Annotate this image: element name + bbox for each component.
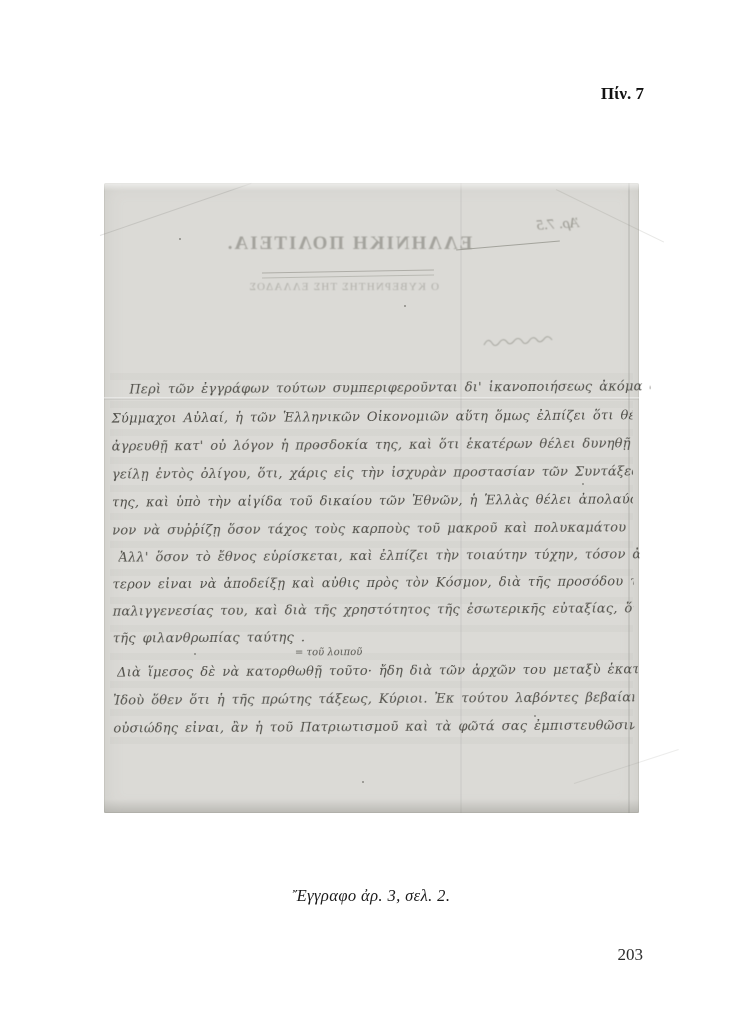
page-number: 203 xyxy=(618,945,644,965)
interlinear-insertion: = τοῦ λοιποῦ xyxy=(295,647,362,658)
figure-caption: Ἔγγραφο ἀρ. 3, σελ. 2. xyxy=(0,886,743,906)
book-page: Πίν. 7 ΕΛΛΗΝΙΚΗ ΠΟΛΙΤΕΙΑ. Ἀρ. 7.5 Ο ΚΥΒΕ… xyxy=(0,0,743,1027)
handwritten-line: Ἀλλ' ὅσον τὸ ἔθνος εὑρίσκεται, καὶ ἐλπίζ… xyxy=(118,547,639,572)
handwritten-line: Διὰ ἵμεσος δὲ νὰ κατορθωθῇ τοῦτο· ἤδη δι… xyxy=(117,662,638,687)
plate-label: Πίν. 7 xyxy=(601,84,644,104)
handwritten-line: τῆς φιλανθρωπίας ταύτης . xyxy=(113,628,634,653)
handwritten-line: παλιγγενεσίας του, καὶ διὰ τῆς χρηστότητ… xyxy=(113,601,634,626)
handwritten-line: νον νὰ συῤῥίζῃ ὅσον τάχος τοὺς καρποὺς τ… xyxy=(112,520,633,545)
handwritten-line: Περὶ τῶν ἐγγράφων τούτων συμπεριφεροῦντα… xyxy=(129,379,650,404)
handwriting-block: Περὶ τῶν ἐγγράφων τούτων συμπεριφεροῦντα… xyxy=(102,181,641,814)
handwritten-line: τερον εἶναι νὰ ἀποδείξῃ καὶ αὖθις πρὸς τ… xyxy=(112,574,633,599)
handwritten-line: Ἰδοὺ ὅθεν ὅτι ἡ τῆς πρώτης τάξεως, Κύριο… xyxy=(113,690,634,715)
handwritten-line: της, καὶ ὑπὸ τὴν αἰγίδα τοῦ δικαίου τῶν … xyxy=(112,492,633,517)
handwritten-line: ἀγρευθῇ κατ' οὐ λόγον ἡ προσδοκία της, κ… xyxy=(112,436,633,461)
handwritten-line: Σύμμαχοι Αὐλαί, ἡ τῶν Ἑλληνικῶν Οἰκονομι… xyxy=(111,408,632,433)
handwritten-line: γείλῃ ἐντὸς ὀλίγου, ὅτι, χάρις εἰς τὴν ἰ… xyxy=(112,464,633,489)
handwritten-line: οὐσιώδης εἶναι, ἂν ἡ τοῦ Πατριωτισμοῦ κα… xyxy=(113,718,634,743)
document-scan: ΕΛΛΗΝΙΚΗ ΠΟΛΙΤΕΙΑ. Ἀρ. 7.5 Ο ΚΥΒΕΡΝΗΤΗΣ … xyxy=(104,183,639,813)
